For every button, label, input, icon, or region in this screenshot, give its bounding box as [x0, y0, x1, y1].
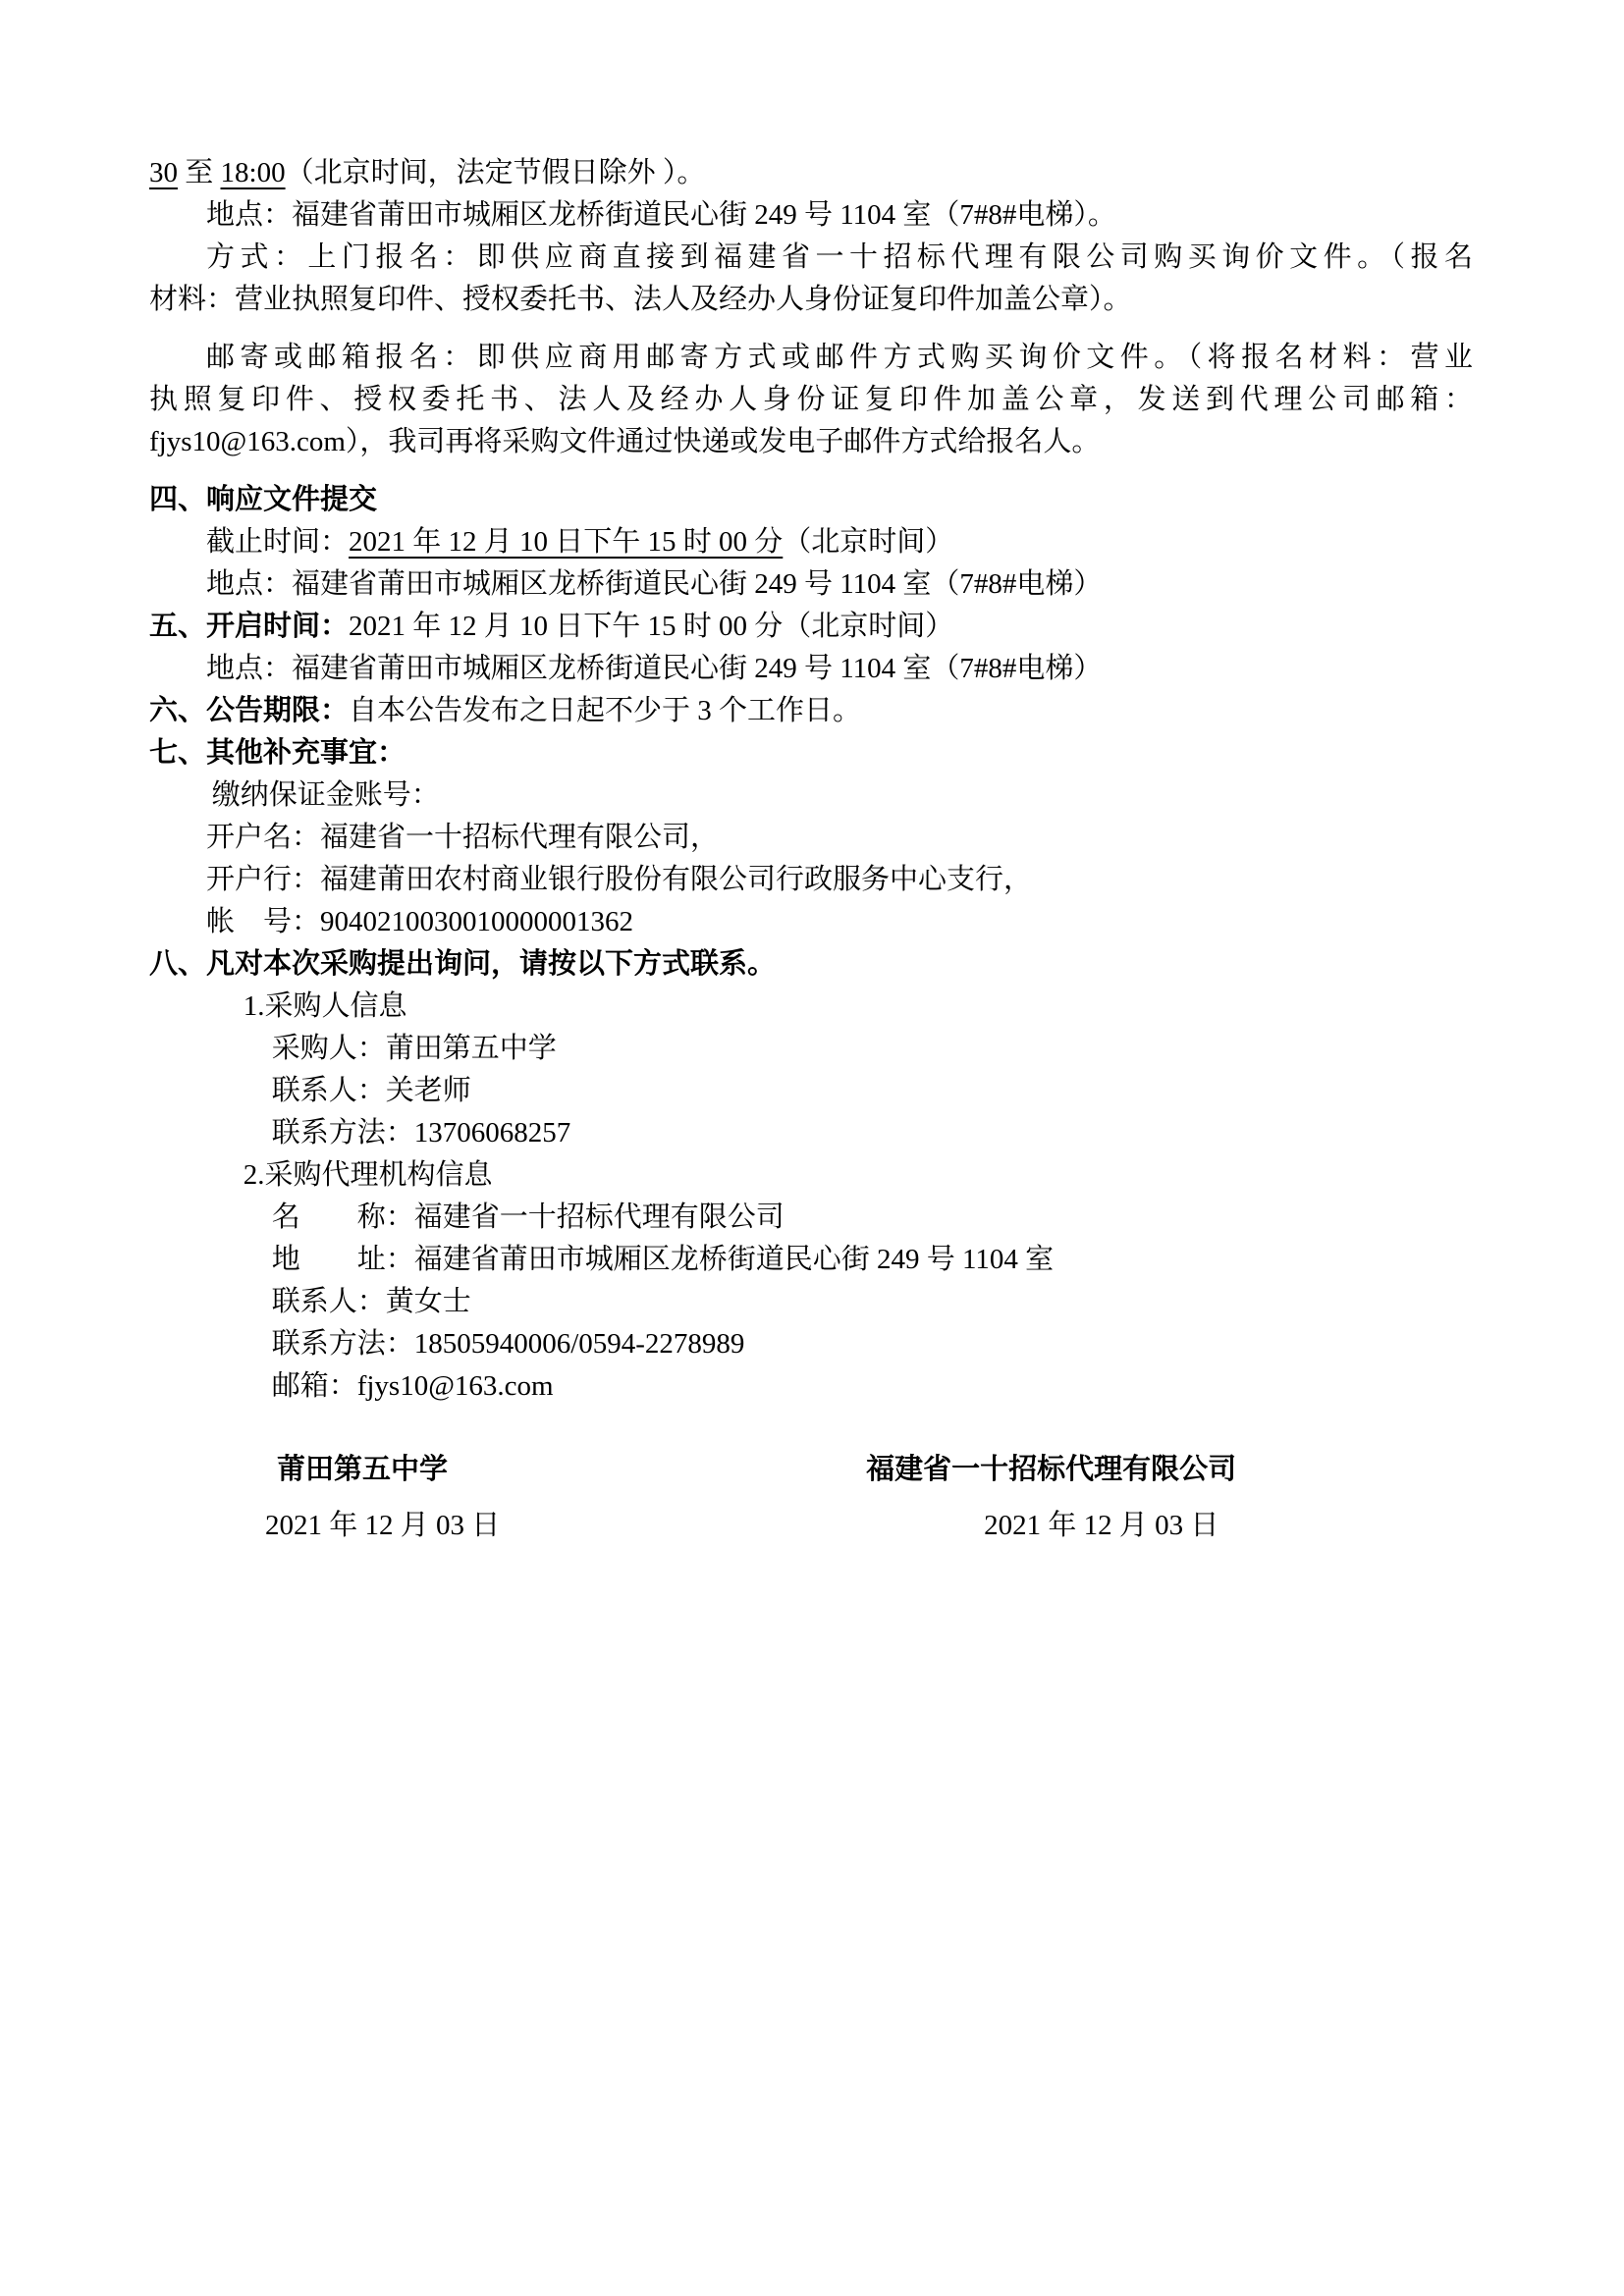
- notice-period-label: 六、公告期限：: [149, 695, 349, 726]
- buyer-name-line: 采购人：莆田第五中学: [272, 1028, 1473, 1070]
- deadline-label: 截止时间：: [206, 526, 349, 558]
- account-number-line: 帐 号：9040210030010000001362: [206, 901, 1473, 943]
- buyer-contact-line: 联系人：关老师: [272, 1070, 1473, 1112]
- buyer-signature-name: 莆田第五中学: [149, 1449, 758, 1491]
- deposit-account-line: 缴纳保证金账号：: [212, 774, 1473, 817]
- document-page: 30 至 18:00（北京时间，法定节假日除外 ）。 地点：福建省莆田市城厢区龙…: [0, 0, 1624, 2296]
- agency-signature-name: 福建省一十招标代理有限公司: [758, 1449, 1473, 1491]
- section-4-heading: 四、响应文件提交: [149, 479, 1473, 521]
- agency-phone-line: 联系方法：18505940006/0594-2278989: [272, 1323, 1473, 1365]
- buyer-phone-line: 联系方法：13706068257: [272, 1112, 1473, 1154]
- section-5-heading-line: 五、开启时间：2021 年 12 月 10 日下午 15 时 00 分（北京时间…: [149, 606, 1473, 648]
- registration-method-line-1: 方式：上门报名：即供应商直接到福建省一十招标代理有限公司购买询价文件。（报名: [206, 237, 1473, 279]
- agency-name-line: 名 称：福建省一十招标代理有限公司: [272, 1197, 1473, 1239]
- mail-registration-line-1: 邮寄或邮箱报名：即供应商用邮寄方式或邮件方式购买询价文件。（将报名材料：营业: [206, 337, 1473, 379]
- registration-location-line: 地点：福建省莆田市城厢区龙桥街道民心街 249 号 1104 室（7#8#电梯）…: [206, 194, 1473, 237]
- agency-contact-line: 联系人：黄女士: [272, 1281, 1473, 1323]
- hours-end-underlined: 18:00: [221, 157, 286, 188]
- opening-time-value: 2021 年 12 月 10 日下午 15 时 00 分（北京时间）: [349, 611, 953, 642]
- opening-time-label: 五、开启时间：: [149, 611, 349, 642]
- hours-suffix-text: （北京时间，法定节假日除外 ）。: [286, 157, 706, 188]
- submission-location-line: 地点：福建省莆田市城厢区龙桥街道民心街 249 号 1104 室（7#8#电梯）: [206, 563, 1473, 606]
- account-holder-line: 开户名：福建省一十招标代理有限公司，: [206, 817, 1473, 859]
- buyer-info-heading: 1.采购人信息: [244, 986, 1473, 1028]
- agency-signature-date: 2021 年 12 月 03 日: [758, 1505, 1473, 1547]
- deadline-timezone: （北京时间）: [783, 526, 953, 558]
- agency-email-line: 邮箱：fjys10@163.com: [272, 1365, 1473, 1408]
- opening-location-line: 地点：福建省莆田市城厢区龙桥街道民心街 249 号 1104 室（7#8#电梯）: [206, 648, 1473, 690]
- section-6-heading-line: 六、公告期限：自本公告发布之日起不少于 3 个工作日。: [149, 690, 1473, 732]
- section-7-heading: 七、其他补充事宜：: [149, 732, 1473, 774]
- mail-registration-line-2: 执照复印件、授权委托书、法人及经办人身份证复印件加盖公章，发送到代理公司邮箱：: [149, 379, 1473, 421]
- section-8-heading: 八、凡对本次采购提出询问，请按以下方式联系。: [149, 943, 1473, 986]
- buyer-signature-date: 2021 年 12 月 03 日: [149, 1505, 758, 1547]
- hours-start-underlined: 30: [149, 157, 178, 188]
- submission-deadline-line: 截止时间：2021 年 12 月 10 日下午 15 时 00 分（北京时间）: [206, 521, 1473, 563]
- agency-address-line: 地 址：福建省莆田市城厢区龙桥街道民心街 249 号 1104 室: [272, 1239, 1473, 1281]
- hours-connector-text: 至: [178, 157, 221, 188]
- signature-names-row: 莆田第五中学 福建省一十招标代理有限公司: [149, 1449, 1473, 1491]
- registration-method-line-2: 材料：营业执照复印件、授权委托书、法人及经办人身份证复印件加盖公章）。: [149, 279, 1473, 321]
- deadline-datetime-underlined: 2021 年 12 月 10 日下午 15 时 00 分: [349, 526, 783, 558]
- notice-period-value: 自本公告发布之日起不少于 3 个工作日。: [349, 695, 861, 726]
- signature-dates-row: 2021 年 12 月 03 日 2021 年 12 月 03 日: [149, 1505, 1473, 1547]
- office-hours-continuation-line: 30 至 18:00（北京时间，法定节假日除外 ）。: [149, 152, 1473, 194]
- agency-info-heading: 2.采购代理机构信息: [244, 1154, 1473, 1197]
- mail-registration-line-3: fjys10@163.com），我司再将采购文件通过快递或发电子邮件方式给报名人…: [149, 421, 1473, 463]
- bank-branch-line: 开户行：福建莆田农村商业银行股份有限公司行政服务中心支行，: [206, 859, 1473, 901]
